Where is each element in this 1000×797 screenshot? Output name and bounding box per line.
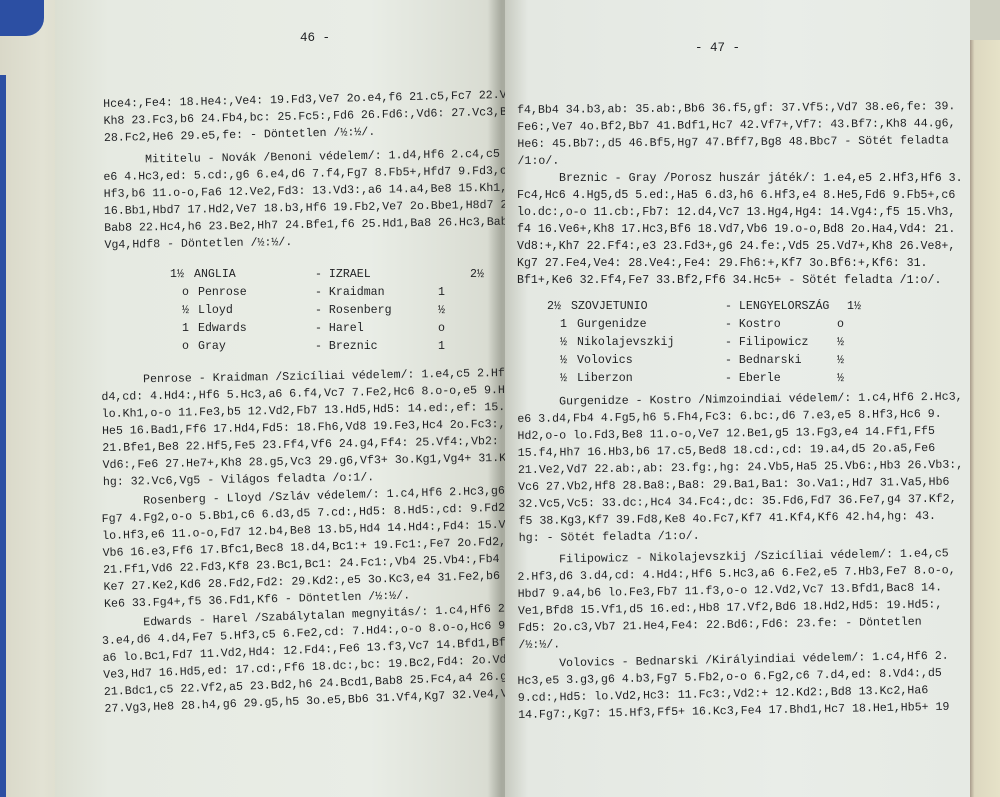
away-result: ½ [837,370,844,387]
text-line: Kg7 27.Fe4,Ve4: 28.Ve4:,Fe4: 29.Fh6:+,Kf… [517,255,963,272]
away-result: 1 [438,338,445,355]
game-rosenberg-lloyd: Rosenberg - Lloyd /Szláv védelem/: 1.c4,… [101,482,505,613]
home-result: ½ [182,302,189,319]
game-heading-line: Breznic - Gray /Porosz huszár játék/: 1.… [517,170,963,187]
away-player: - Kraidman [315,284,385,301]
text-line: Bf1+,Ke6 32.Ff4,Fe7 33.Bf2,Ff6 34.Hc5+ -… [517,272,963,289]
left-page: 46 - Hce4:,Fe4: 18.He4:,Ve4: 19.Fd3,Ve7 … [55,0,505,797]
home-player: Nikolajevszkij [577,334,674,351]
page-number-right: - 47 - [695,40,740,57]
game-edwards-harel: Edwards - Harel /Szabálytalan megnyitás/… [101,599,505,718]
home-player: Volovics [577,352,633,369]
home-result: 1 [182,320,189,337]
away-player: - Kostro [725,316,781,333]
blue-cover-corner [0,0,44,36]
home-score: 1½ [170,266,184,283]
home-team: SZOVJETUNIO [571,298,648,315]
home-result: 1 [560,316,567,333]
right-page: - 47 - f4,Bb4 34.b3,ab: 35.ab:,Bb6 36.f5… [505,0,970,797]
game-gurgenidze-kostro: Gurgenidze - Kostro /Nimzoindiai védelem… [517,389,964,547]
text-line: f4 16.Ve6+,Kh8 17.Hc3,Bf6 18.Vd7,Vb6 19.… [517,221,963,238]
away-player: - Filipowicz [725,334,809,351]
text-line: Fc4,Hc6 4.Hg5,d5 5.ed:,Ha5 6.d3,h6 6.Hf3… [517,187,963,204]
home-player: Lloyd [198,302,233,319]
home-player: Gray [198,338,226,355]
text-line: lo.dc:,o-o 11.cb:,Fb7: 12.d4,Vc7 13.Hg4,… [517,204,963,221]
home-player: Gurgenidze [577,316,647,333]
away-player: - Rosenberg [315,302,392,319]
home-player: Liberzon [577,370,633,387]
away-player: - Eberle [725,370,781,387]
away-player: - Breznic [315,338,378,355]
home-result: ½ [560,370,567,387]
away-result: o [837,316,844,333]
home-player: Penrose [198,284,247,301]
game-mititelu-novak: Mititelu - Novák /Benoni védelem/: 1.d4,… [103,145,505,254]
home-result: ½ [560,352,567,369]
away-result: ½ [837,334,844,351]
away-player: - Bednarski [725,352,802,369]
away-team: - LENGYELORSZÁG [725,298,829,315]
page-number-left: 46 - [300,30,330,47]
book-edge-right [970,40,1000,797]
away-result: 1 [438,284,445,301]
blue-cover-edge [0,75,6,797]
home-result: ½ [560,334,567,351]
game-breznic-gray: Breznic - Gray /Porosz huszár játék/: 1.… [517,170,963,289]
game-filipowicz-nikolajevszkij: Filipowicz - Nikolajevszkij /Szicíliai v… [517,545,957,654]
game-continuation-top: Hce4:,Fe4: 18.He4:,Ve4: 19.Fd3,Ve7 2o.e4… [103,86,505,147]
away-result: o [438,320,445,337]
game-continuation-right: f4,Bb4 34.b3,ab: 35.ab:,Bb6 36.f5,gf: 37… [517,98,956,170]
away-score: 1½ [847,298,861,315]
home-result: o [182,338,189,355]
game-penrose-kraidman: Penrose - Kraidman /Szicíliai védelem/: … [101,364,505,491]
home-player: Edwards [198,320,247,337]
away-score: 2½ [470,266,484,283]
home-result: o [182,284,189,301]
game-volovics-bednarski: Volovics - Bednarski /Királyindiai védel… [517,648,950,724]
away-team: - IZRAEL [315,266,371,283]
home-score: 2½ [547,298,561,315]
away-result: ½ [837,352,844,369]
away-result: ½ [438,302,445,319]
away-player: - Harel [315,320,364,337]
text-line: Vd8:+,Kh7 22.Ff4:,e3 23.Fd3+,g6 24.fe:,V… [517,238,963,255]
home-team: ANGLIA [194,266,236,283]
